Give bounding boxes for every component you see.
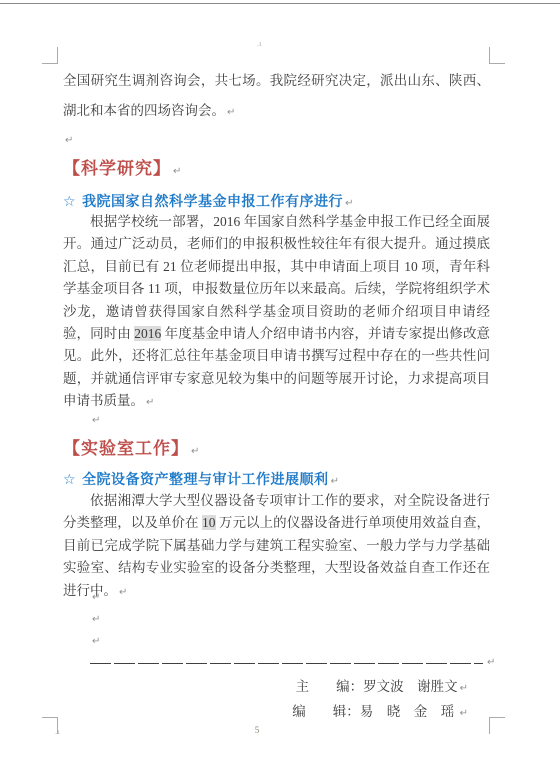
credits-block[interactable]: 主 编：罗文波 谢胜文↵ 编 辑：易 晓 金 瑶 ↵ bbox=[63, 676, 468, 725]
heading-text: 全院设备资产整理与审计工作进展顺利 bbox=[82, 471, 329, 487]
paragraph-text: 全国研究生调剂咨询会，共七场。我院经研究决定，派出山东、陕西、湖北和本省的四场咨… bbox=[63, 73, 490, 118]
paragraph-return-mark: ↵ bbox=[225, 107, 235, 118]
empty-paragraph-mark: ↵ bbox=[90, 636, 100, 647]
margin-crop-mark-top-left bbox=[42, 47, 58, 64]
empty-paragraph-mark: ↵ bbox=[63, 135, 73, 146]
paragraph-return-mark: ↵ bbox=[189, 446, 200, 457]
paragraph-text: 根据学校统一部署，2016 年国家自然科学基金申报工作已经全面展开。通过广泛动员… bbox=[63, 214, 490, 341]
section-title-laboratory-work[interactable]: 【实验室工作】↵ bbox=[63, 438, 200, 463]
heading-text: 我院国家自然科学基金申报工作有序进行 bbox=[82, 193, 343, 209]
paragraph-segments: 根据学校统一部署，2016 年国家自然科学基金申报工作已经全面展开。通过广泛动员… bbox=[63, 214, 490, 408]
signature-divider-line bbox=[90, 663, 483, 664]
chief-editor-text: 主 编：罗文波 谢胜文 bbox=[296, 679, 458, 694]
paragraph-return-mark: ↵ bbox=[171, 166, 182, 177]
paragraph-return-mark: ↵ bbox=[329, 476, 340, 487]
paragraph-return-mark: ↵ bbox=[458, 708, 468, 719]
section-title-text: 【科学研究】 bbox=[63, 159, 171, 178]
paragraph-return-mark: ↵ bbox=[117, 587, 127, 598]
paragraph-segments: 依据湘潭大学大型仪器设备专项审计工作的要求，对全院设备进行分类整理，以及单价在 … bbox=[63, 493, 490, 598]
star-icon: ☆ bbox=[63, 471, 82, 487]
field-shaded-text: 2016 bbox=[134, 326, 161, 341]
paragraph-return-mark: ↵ bbox=[458, 683, 468, 694]
heading-equipment-audit[interactable]: ☆全院设备资产整理与审计工作进展顺利↵ bbox=[63, 469, 339, 492]
header-formatting-mark: .ι bbox=[257, 41, 262, 48]
section-title-science-research[interactable]: 【科学研究】↵ bbox=[63, 158, 182, 183]
page-number: 5 bbox=[249, 725, 265, 735]
paragraph-return-mark: ↵ bbox=[485, 657, 495, 668]
margin-crop-mark-top-right bbox=[489, 47, 505, 64]
editor-line: 编 辑：易 晓 金 瑶 ↵ bbox=[63, 701, 468, 726]
editor-text: 编 辑：易 晓 金 瑶 bbox=[292, 704, 457, 719]
paragraph-return-mark: ↵ bbox=[343, 198, 354, 209]
section-title-text: 【实验室工作】 bbox=[63, 439, 189, 458]
page-top-edge bbox=[0, 3, 560, 4]
empty-paragraph-mark: ↵ bbox=[90, 592, 100, 603]
science-research-paragraph[interactable]: 根据学校统一部署，2016 年国家自然科学基金申报工作已经全面展开。通过广泛动员… bbox=[63, 211, 490, 415]
field-shaded-text: 10 bbox=[202, 515, 216, 530]
paragraph-return-mark: ↵ bbox=[144, 397, 154, 408]
empty-paragraph-mark: ↵ bbox=[90, 614, 100, 625]
intro-paragraph[interactable]: 全国研究生调剂咨询会，共七场。我院经研究决定，派出山东、陕西、湖北和本省的四场咨… bbox=[63, 66, 490, 128]
chief-editor-line: 主 编：罗文波 谢胜文↵ bbox=[63, 676, 468, 701]
star-icon: ☆ bbox=[63, 193, 82, 209]
document-page: .ι 全国研究生调剂咨询会，共七场。我院经研究决定，派出山东、陕西、湖北和本省的… bbox=[0, 0, 560, 778]
margin-crop-mark-bottom-right bbox=[489, 717, 505, 734]
laboratory-work-paragraph[interactable]: 依据湘潭大学大型仪器设备专项审计工作的要求，对全院设备进行分类整理，以及单价在 … bbox=[63, 490, 490, 604]
empty-paragraph-mark: ↵ bbox=[90, 415, 100, 426]
footer-formatting-mark: .ι bbox=[55, 729, 60, 736]
